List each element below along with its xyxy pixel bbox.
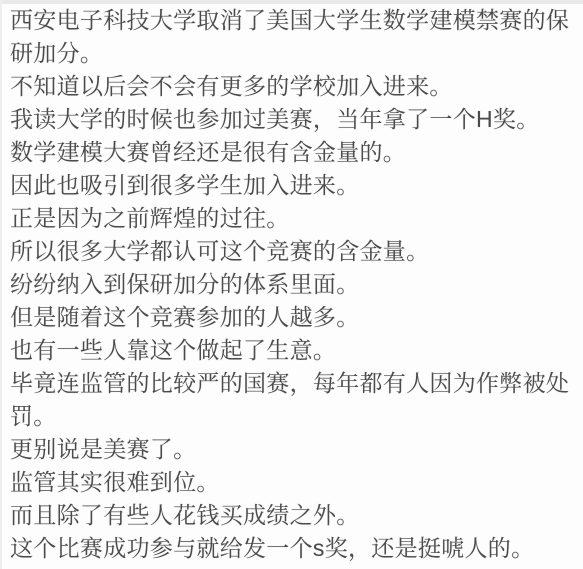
article-text: 西安电子科技大学取消了美国大学生数学建模禁赛的保研加分。 不知道以后会不会有更多…: [2, 4, 583, 565]
article-page: 西安电子科技大学取消了美国大学生数学建模禁赛的保研加分。 不知道以后会不会有更多…: [0, 0, 583, 569]
paragraph: 所以很多大学都认可这个竞赛的含金量。: [10, 235, 575, 268]
paragraph: 不知道以后会不会有更多的学校加入进来。: [10, 70, 575, 103]
paragraph: 也有一些人靠这个做起了生意。: [10, 334, 575, 367]
paragraph: 西安电子科技大学取消了美国大学生数学建模禁赛的保研加分。: [10, 4, 575, 70]
paragraph: 更别说是美赛了。: [10, 433, 575, 466]
paragraph: 数学建模大赛曾经还是很有含金量的。: [10, 136, 575, 169]
paragraph: 正是因为之前辉煌的过往。: [10, 202, 575, 235]
paragraph: 毕竟连监管的比较严的国赛，每年都有人因为作弊被处罚。: [10, 367, 575, 433]
paragraph: 因此也吸引到很多学生加入进来。: [10, 169, 575, 202]
paragraph: 这个比赛成功参与就给发一个s奖，还是挺唬人的。: [10, 532, 575, 565]
paragraph: 纷纷纳入到保研加分的体系里面。: [10, 268, 575, 301]
paragraph: 而且除了有些人花钱买成绩之外。: [10, 499, 575, 532]
paragraph: 但是随着这个竞赛参加的人越多。: [10, 301, 575, 334]
paragraph: 我读大学的时候也参加过美赛，当年拿了一个H奖。: [10, 103, 575, 136]
paragraph: 监管其实很难到位。: [10, 466, 575, 499]
